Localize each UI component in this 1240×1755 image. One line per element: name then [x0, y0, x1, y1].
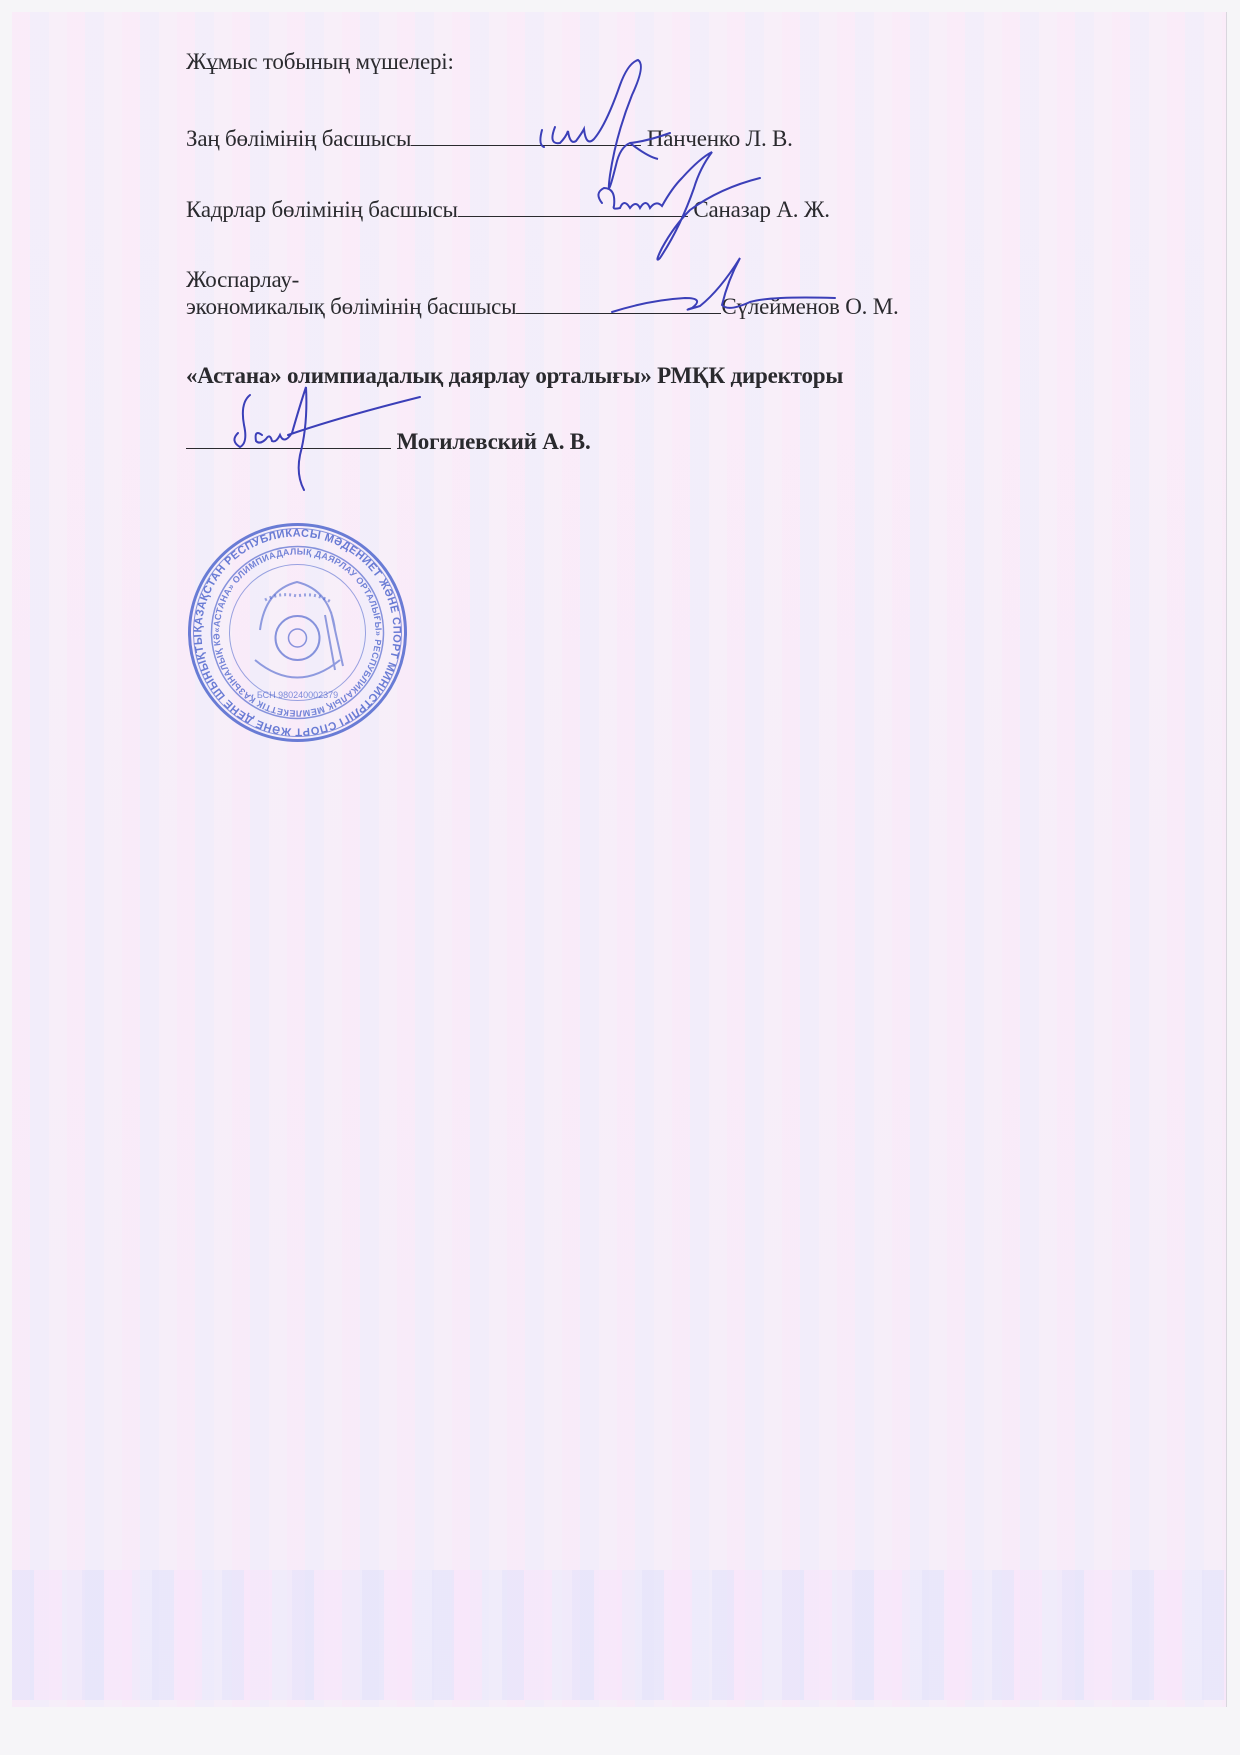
signature-blank — [186, 428, 391, 449]
member-position: Заң бөлімінің басшысы — [186, 126, 411, 151]
director-name: Могилевский А. В. — [397, 429, 591, 454]
member-row-hr: Кадрлар бөлімінің басшысы Саназар А. Ж. — [186, 196, 830, 223]
svg-text:БСН 980240002379: БСН 980240002379 — [257, 690, 338, 700]
signature-blank — [411, 125, 641, 146]
member-name: Саназар А. Ж. — [693, 197, 829, 222]
member-position-line1: Жоспарлау- — [186, 266, 299, 293]
signature-blank — [458, 196, 688, 217]
member-position: экономикалық бөлімінің басшысы — [186, 294, 516, 319]
scan-artifact-band — [12, 1570, 1226, 1700]
page-edge — [1226, 12, 1227, 1707]
director-title: «Астана» олимпиадалық даярлау орталығы» … — [186, 362, 843, 389]
member-row-legal: Заң бөлімінің басшысы Панченко Л. В. — [186, 125, 793, 152]
working-group-heading: Жұмыс тобының мүшелері: — [186, 48, 454, 75]
member-name: Панченко Л. В. — [647, 126, 793, 151]
member-name: Сүлейменов О. М. — [721, 294, 898, 319]
signature-blank — [516, 293, 721, 314]
director-row: Могилевский А. В. — [186, 428, 591, 455]
official-stamp-icon: ҚАЗАҚСТАН РЕСПУБЛИКАСЫ МӘДЕНИЕТ ЖӘНЕ СПО… — [185, 520, 410, 745]
member-row-planning: экономикалық бөлімінің басшысыСүлейменов… — [186, 293, 899, 320]
member-position: Кадрлар бөлімінің басшысы — [186, 197, 458, 222]
